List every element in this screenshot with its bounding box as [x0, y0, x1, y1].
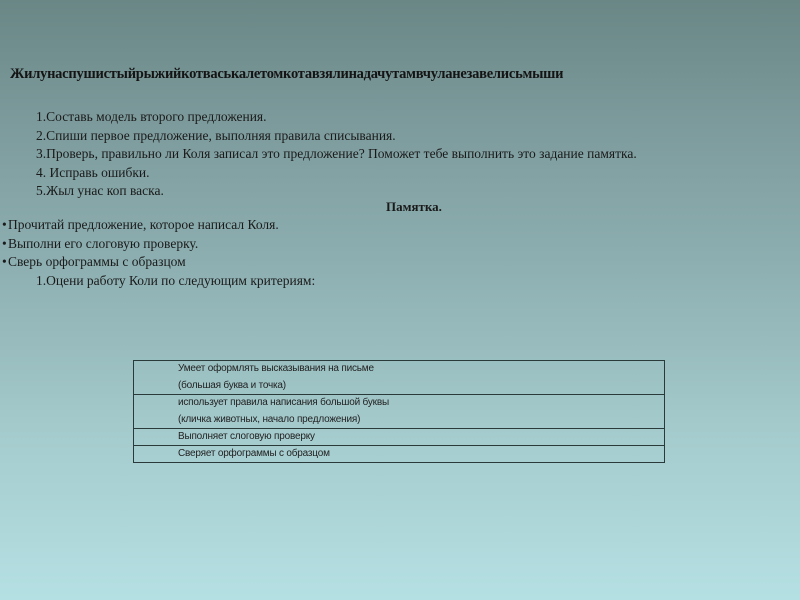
criteria-line: Сверяет орфограммы с образцом	[178, 446, 664, 462]
task-item: 3.Проверь, правильно ли Коля записал это…	[36, 145, 637, 164]
memo-title: Памятка.	[386, 199, 442, 215]
memo-item-text: Выполни его слоговую проверку.	[8, 236, 198, 251]
criteria-line: (большая буква и точка)	[178, 378, 664, 395]
task-list: 1.Составь модель второго предложения. 2.…	[36, 108, 637, 201]
criteria-table: Умеет оформлять высказывания на письме (…	[133, 360, 665, 463]
criteria-row: Умеет оформлять высказывания на письме (…	[134, 361, 665, 395]
criteria-line: (кличка животных, начало предложения)	[178, 412, 664, 429]
memo-item-text: Сверь орфограммы с образцом	[8, 254, 186, 269]
criteria-row: использует правила написания большой бук…	[134, 395, 665, 429]
task-item: 2.Спиши первое предложение, выполняя пра…	[36, 127, 637, 146]
task-item: 5.Жыл унас коп васка.	[36, 182, 637, 201]
evaluate-instruction: 1.Оцени работу Коли по следующим критери…	[36, 272, 315, 291]
criteria-cell: использует правила написания большой бук…	[134, 395, 665, 429]
task-item: 4. Исправь ошибки.	[36, 164, 637, 183]
criteria-row: Выполняет слоговую проверку	[134, 429, 665, 446]
criteria-line: Умеет оформлять высказывания на письме	[178, 361, 664, 378]
memo-list: •Прочитай предложение, которое написал К…	[2, 216, 279, 272]
headline-sentence: Жилунаспушистыйрыжийкотваськалетомкотавз…	[10, 66, 563, 83]
task-item: 1.Составь модель второго предложения.	[36, 108, 637, 127]
criteria-cell: Выполняет слоговую проверку	[134, 429, 665, 446]
criteria-cell: Сверяет орфограммы с образцом	[134, 446, 665, 463]
criteria-line: использует правила написания большой бук…	[178, 395, 664, 412]
memo-item: •Выполни его слоговую проверку.	[2, 235, 279, 254]
criteria-row: Сверяет орфограммы с образцом	[134, 446, 665, 463]
memo-item: •Сверь орфограммы с образцом	[2, 253, 279, 272]
memo-item-text: Прочитай предложение, которое написал Ко…	[8, 217, 279, 232]
criteria-cell: Умеет оформлять высказывания на письме (…	[134, 361, 665, 395]
slide: Жилунаспушистыйрыжийкотваськалетомкотавз…	[0, 0, 800, 600]
criteria-line: Выполняет слоговую проверку	[178, 429, 664, 445]
memo-item: •Прочитай предложение, которое написал К…	[2, 216, 279, 235]
